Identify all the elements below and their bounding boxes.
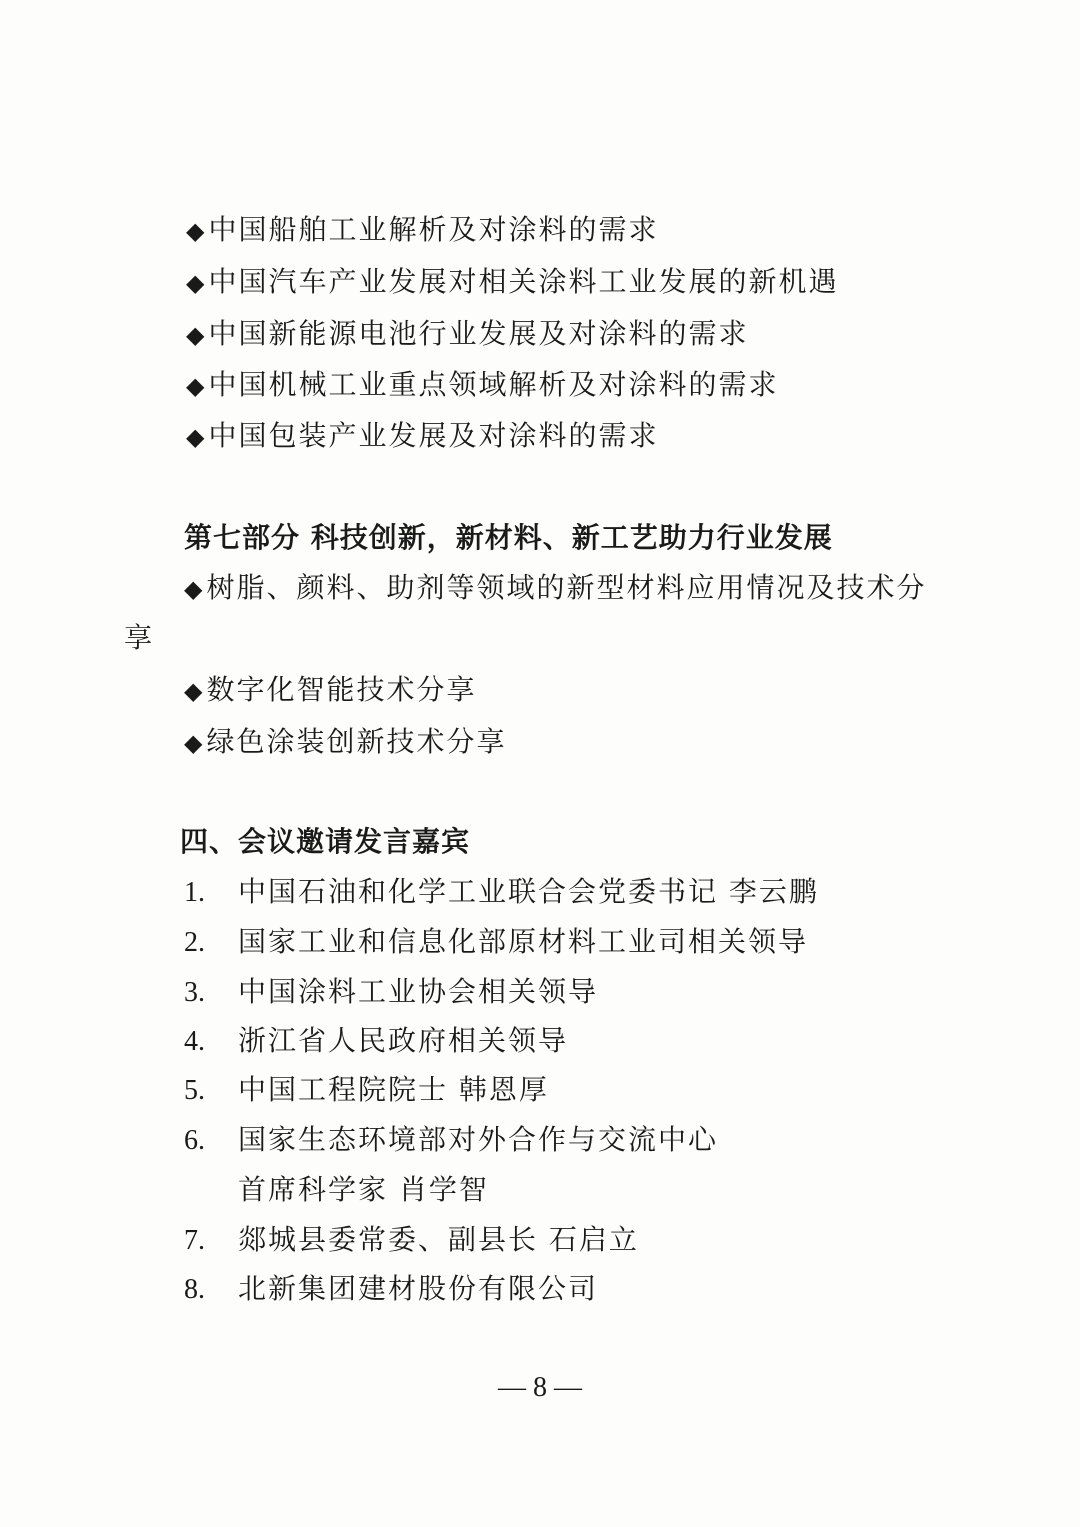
section6-item: ◆中国船舶工业解析及对涂料的需求 <box>186 212 658 249</box>
section7-item: ◆绿色涂装创新技术分享 <box>184 724 506 761</box>
document-page: ◆中国船舶工业解析及对涂料的需求 ◆中国汽车产业发展对相关涂料工业发展的新机遇 … <box>0 0 1080 1527</box>
diamond-bullet-icon: ◆ <box>186 372 206 400</box>
section6-item: ◆中国包装产业发展及对涂料的需求 <box>186 418 658 455</box>
speaker-item: 2.国家工业和信息化部原材料工业司相关领导 <box>184 924 808 961</box>
speaker-item: 5.中国工程院院士 韩恩厚 <box>184 1072 549 1109</box>
speaker-item: 7.郯城县委常委、副县长 石启立 <box>184 1222 639 1259</box>
section7-title: 第七部分 科技创新，新材料、新工艺助力行业发展 <box>184 520 833 556</box>
section6-item: ◆中国汽车产业发展对相关涂料工业发展的新机遇 <box>186 264 838 301</box>
section7-item: ◆数字化智能技术分享 <box>184 672 476 709</box>
speaker-item: 3.中国涂料工业协会相关领导 <box>184 974 598 1011</box>
diamond-bullet-icon: ◆ <box>184 729 204 757</box>
diamond-bullet-icon: ◆ <box>186 321 206 349</box>
page-number: — 8 — <box>0 1372 1080 1404</box>
diamond-bullet-icon: ◆ <box>186 269 206 297</box>
diamond-bullet-icon: ◆ <box>186 217 206 245</box>
diamond-bullet-icon: ◆ <box>184 575 204 603</box>
diamond-bullet-icon: ◆ <box>184 677 204 705</box>
section7-item: ◆树脂、颜料、助剂等领域的新型材料应用情况及技术分 <box>184 570 926 607</box>
speaker-item: 8.北新集团建材股份有限公司 <box>184 1271 598 1308</box>
speaker-item: 1.中国石油和化学工业联合会党委书记 李云鹏 <box>184 874 819 911</box>
section7-item-continuation: 享 <box>124 620 154 656</box>
diamond-bullet-icon: ◆ <box>186 423 206 451</box>
speakers-title: 四、会议邀请发言嘉宾 <box>180 824 470 860</box>
section6-item: ◆中国机械工业重点领域解析及对涂料的需求 <box>186 367 778 404</box>
section6-item: ◆中国新能源电池行业发展及对涂料的需求 <box>186 316 748 353</box>
speaker-item: 4.浙江省人民政府相关领导 <box>184 1023 568 1060</box>
speaker-item: 6.国家生态环境部对外合作与交流中心 <box>184 1122 718 1159</box>
speaker-item-continuation: 首席科学家 肖学智 <box>238 1172 489 1208</box>
